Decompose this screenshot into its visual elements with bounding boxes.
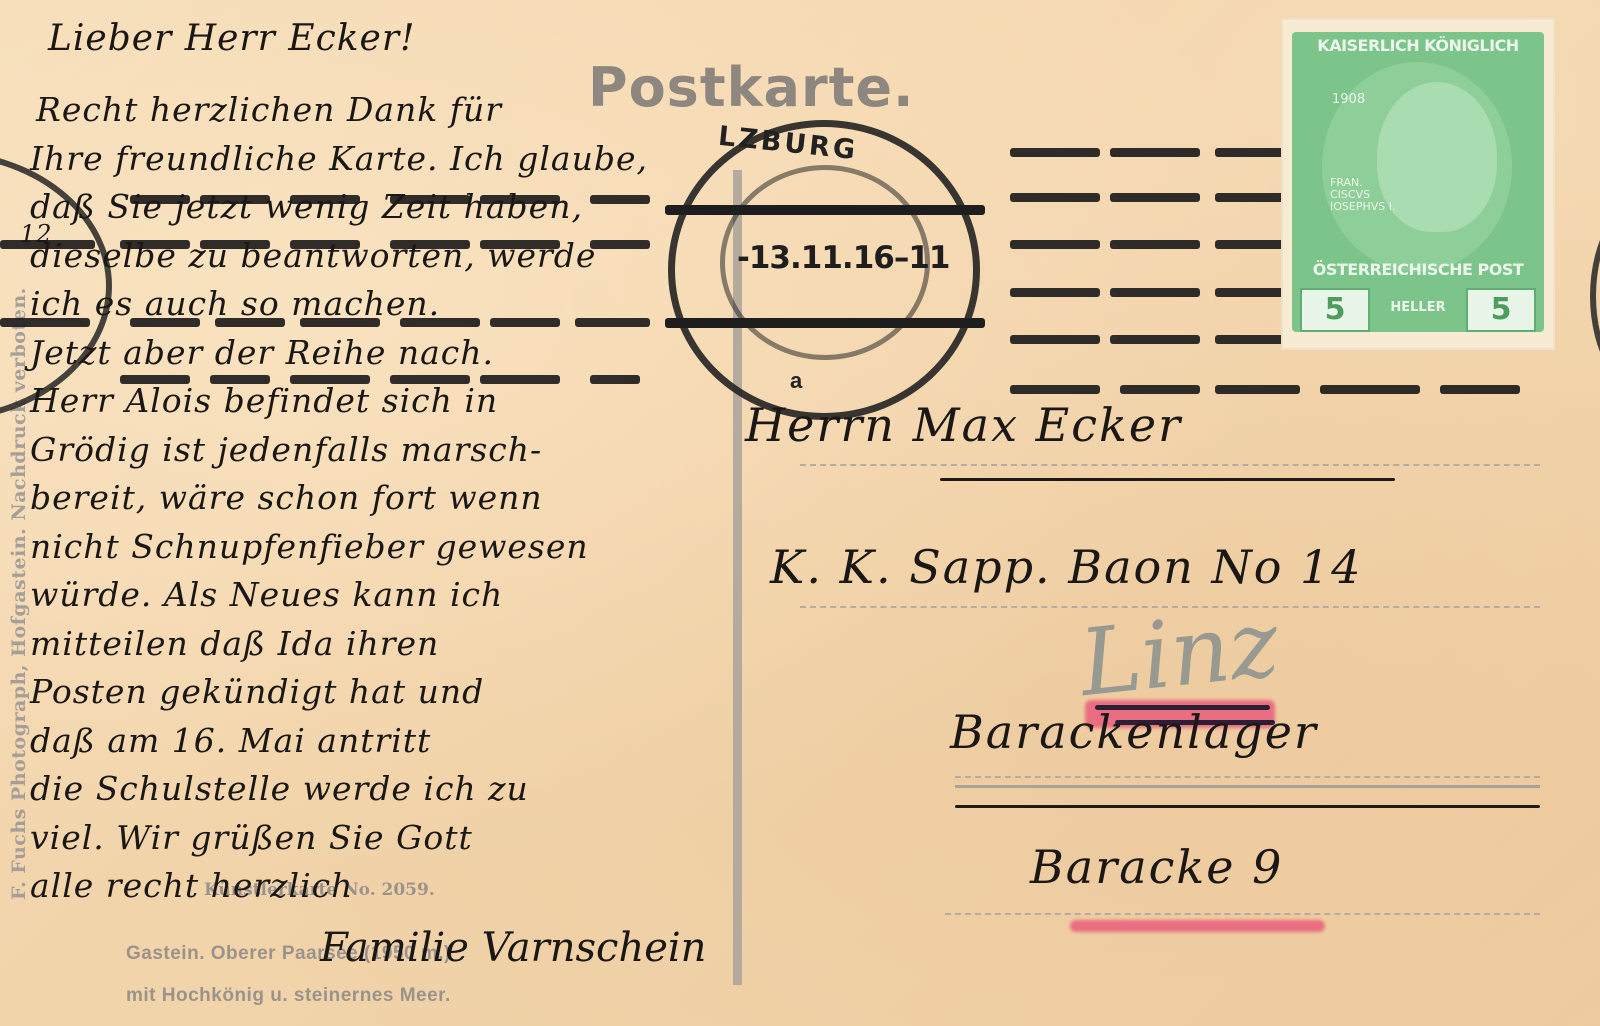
postmark-band-top — [665, 205, 985, 215]
postkarte-heading: Postkarte. — [588, 56, 915, 119]
message-line: dieselbe zu beantworten, werde — [30, 236, 596, 275]
address-unit: K. K. Sapp. Baon No 14 — [770, 540, 1363, 594]
address-line-4 — [945, 913, 1540, 915]
camp-underline — [955, 805, 1540, 808]
cancellation-bar — [1215, 193, 1290, 202]
address-camp: Barackenlager — [950, 705, 1318, 759]
cancellation-bar — [1215, 240, 1290, 249]
cancellation-bar — [1215, 288, 1290, 297]
cancellation-bar — [590, 240, 650, 249]
message-line: Grödig ist jedenfalls marsch- — [30, 430, 542, 469]
pencil-note: Linz — [1075, 590, 1283, 717]
cancellation-bar — [1320, 385, 1420, 394]
stamp-design: KAISERLICH KÖNIGLICH 1908 FRAN. CISCVS I… — [1292, 32, 1544, 332]
cancellation-bar — [590, 195, 650, 204]
address-line-3-solid — [955, 785, 1540, 788]
partial-postmark-right — [1590, 190, 1600, 402]
cancellation-bar — [1010, 148, 1100, 157]
cancellation-bar — [575, 318, 650, 327]
red-crayon-underline — [1070, 920, 1325, 932]
cancellation-bar — [1215, 335, 1290, 344]
message-line: würde. Als Neues kann ich — [30, 575, 503, 614]
message-line: Jetzt aber der Reihe nach. — [30, 333, 494, 372]
message-line: Posten gekündigt hat und — [30, 672, 484, 711]
message-line: die Schulstelle werde ich zu — [30, 769, 529, 808]
stamp-top-text: KAISERLICH KÖNIGLICH — [1302, 36, 1534, 55]
message-line: Ihre freundliche Karte. Ich glaube, — [30, 139, 648, 178]
cancellation-bar — [1215, 385, 1300, 394]
cancellation-bar — [1110, 240, 1200, 249]
cancellation-bar — [1010, 193, 1100, 202]
stamp-bottom-text: ÖSTERREICHISCHE POST — [1312, 260, 1524, 279]
message-line: nicht Schnupfenfieber gewesen — [30, 527, 589, 566]
cancellation-bar — [1120, 385, 1200, 394]
address-line-3 — [955, 776, 1540, 778]
cancellation-bar — [1110, 193, 1200, 202]
postcard: Postkarte. F. Fuchs Photograph, Hofgaste… — [0, 0, 1600, 1026]
margin-number: 12 — [20, 220, 53, 248]
stamp-value-left: 5 — [1300, 288, 1370, 332]
message-salutation: Lieber Herr Ecker! — [48, 18, 416, 59]
cancellation-bar — [1010, 288, 1100, 297]
message-line: Recht herzlichen Dank für — [36, 90, 502, 129]
stamp-value-right: 5 — [1466, 288, 1536, 332]
address-line-1 — [800, 464, 1540, 466]
postmark-date: -13.11.16–11 — [737, 240, 949, 276]
message-line: ich es auch so machen. — [30, 284, 440, 323]
stamp-year: 1908 — [1332, 92, 1365, 107]
cancellation-bar — [1110, 335, 1200, 344]
message-line: mitteilen daß Ida ihren — [30, 624, 439, 663]
message-line: viel. Wir grüßen Sie Gott — [30, 818, 473, 857]
stamp-denomination: HELLER — [1374, 300, 1462, 315]
message-line: Herr Alois befindet sich in — [30, 381, 498, 420]
caption-line2: mit Hochkönig u. steinernes Meer. — [126, 985, 451, 1007]
postmark-letter: a — [790, 368, 802, 394]
message-line: alle recht herzlich — [30, 866, 353, 905]
address-recipient: Herrn Max Ecker — [745, 398, 1182, 452]
cancellation-bar — [1215, 148, 1290, 157]
stamp-portrait-name: FRAN. CISCVS IOSEPHVS I. — [1330, 177, 1400, 213]
cancellation-bar — [1440, 385, 1520, 394]
cancellation-bar — [1010, 335, 1100, 344]
postmark-band-bottom — [665, 318, 985, 328]
address-barrack: Baracke 9 — [1030, 840, 1283, 894]
cancellation-bar — [1110, 288, 1200, 297]
cancellation-bar — [490, 318, 560, 327]
message-line: daß am 16. Mai antritt — [30, 721, 431, 760]
message-line: daß Sie jetzt wenig Zeit haben, — [30, 187, 583, 226]
message-signature: Familie Varnschein — [320, 925, 706, 971]
postage-stamp: KAISERLICH KÖNIGLICH 1908 FRAN. CISCVS I… — [1283, 20, 1553, 348]
cancellation-bar — [1110, 148, 1200, 157]
recipient-underline — [940, 478, 1395, 481]
cancellation-bar — [1010, 385, 1100, 394]
message-line: bereit, wäre schon fort wenn — [30, 478, 543, 517]
cancellation-bar — [1010, 240, 1100, 249]
cancellation-bar — [590, 375, 640, 384]
